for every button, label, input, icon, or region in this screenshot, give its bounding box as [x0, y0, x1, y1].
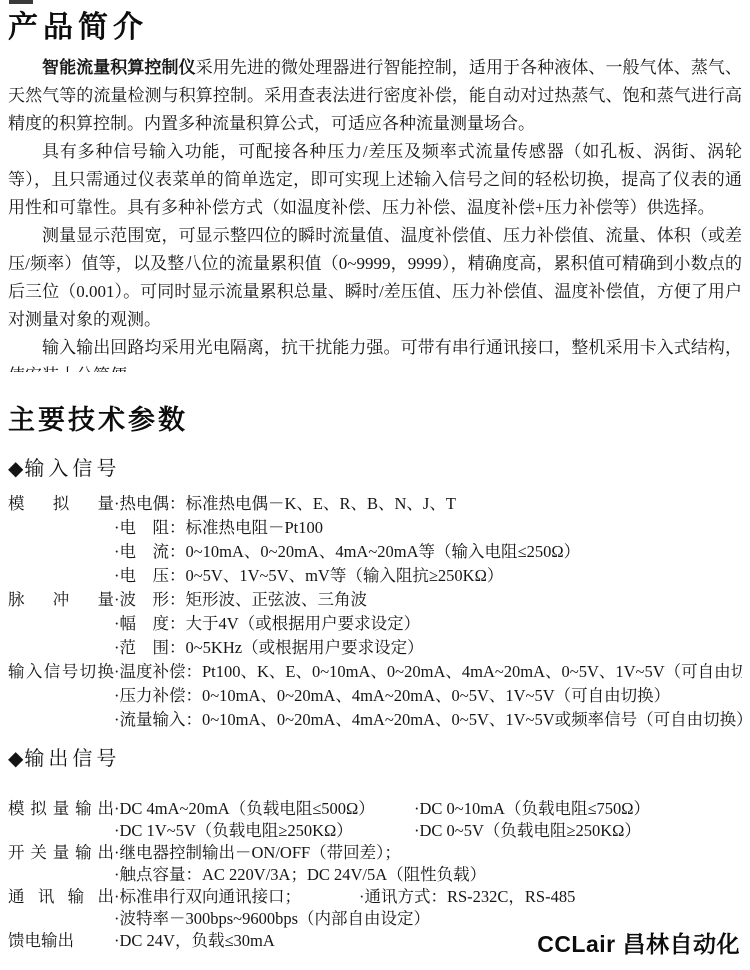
spec-item-resistance: ·电 阻：标准热电阻－Pt100	[114, 516, 742, 540]
intro-title: 产品简介	[8, 8, 742, 48]
intro-paragraph-2: 具有多种信号输入功能，可配接各种压力/差压及频率式流量传感器（如孔板、涡街、涡轮…	[8, 138, 742, 222]
spec-item-dc-1-5v: ·DC 1V~5V（负载电阻≥250KΩ）	[114, 820, 414, 842]
output-signal-heading-text: 输出信号	[24, 748, 120, 770]
spec-item-amplitude: ·幅 度：大于4V（或根据用户要求设定）	[114, 612, 742, 636]
spec-label-analog-output: 模拟量输出	[8, 798, 114, 820]
spec-item-current: ·电 流：0~10mA、0~20mA、4mA~20mA等（输入电阻≤250Ω）	[114, 540, 742, 564]
intro-paragraphs: 智能流量积算控制仪采用先进的微处理器进行智能控制，适用于各种液体、一般气体、蒸气…	[8, 54, 742, 372]
page-corner-mark	[9, 0, 33, 4]
spec-group-signal-switching: 输入信号切换 ·温度补偿：Pt100、K、E、0~10mA、0~20mA、4mA…	[8, 660, 742, 732]
spec-item-serial-interface: ·标准串行双向通讯接口；	[114, 886, 359, 908]
spec-group-analog-output: 模拟量输出 ·DC 4mA~20mA（负载电阻≤500Ω） ·DC 0~10mA…	[8, 798, 742, 842]
spec-item-waveform: ·波 形：矩形波、正弦波、三角波	[114, 588, 742, 612]
input-signal-table: 模拟量 ·热电偶：标准热电偶－K、E、R、B、N、J、T ·电 阻：标准热电阻－…	[8, 492, 742, 732]
spec-label-comm-output: 通讯输出	[8, 886, 114, 908]
spec-label-analog: 模拟量	[8, 492, 114, 516]
spec-group-pulse-input: 脉冲量 ·波 形：矩形波、正弦波、三角波 ·幅 度：大于4V（或根据用户要求设定…	[8, 588, 742, 660]
spec-item-voltage: ·电 压：0~5V、1V~5V、mV等（输入阻抗≥250KΩ）	[114, 564, 742, 588]
spec-item-pressure-compensation: ·压力补偿：0~10mA、0~20mA、4mA~20mA、0~5V、1V~5V（…	[114, 684, 742, 708]
document-page: 产品简介 智能流量积算控制仪采用先进的微处理器进行智能控制，适用于各种液体、一般…	[0, 0, 750, 970]
spec-item-flow-input: ·流量输入：0~10mA、0~20mA、4mA~20mA、0~5V、1V~5V或…	[114, 708, 742, 732]
spec-item-relay-control: ·继电器控制输出－ON/OFF（带回差）；	[114, 842, 742, 864]
diamond-bullet-icon: ◆	[8, 748, 24, 770]
output-signal-heading: ◆输出信号	[8, 746, 742, 772]
spec-item-contact-capacity: ·触点容量：AC 220V/3A；DC 24V/5A（阻性负载）	[114, 864, 742, 886]
spec-item-dc-4-20ma: ·DC 4mA~20mA（负载电阻≤500Ω）	[114, 798, 414, 820]
specs-title: 主要技术参数	[8, 402, 742, 438]
intro-paragraph-4: 输入输出回路均采用光电隔离，抗干扰能力强。可带有串行通讯接口，整机采用卡入式结构…	[8, 334, 742, 372]
spec-item-dc-0-5v: ·DC 0~5V（负载电阻≥250KΩ）	[414, 820, 641, 842]
spec-group-comm-output: 通讯输出 ·标准串行双向通讯接口； ·通讯方式：RS-232C，RS-485 ·…	[8, 886, 742, 930]
input-signal-heading: ◆输入信号	[8, 456, 742, 482]
spec-item-dc-0-10ma: ·DC 0~10mA（负载电阻≤750Ω）	[414, 798, 650, 820]
spec-label-power-output: 馈电输出	[8, 930, 114, 952]
spec-item-temp-compensation: ·温度补偿：Pt100、K、E、0~10mA、0~20mA、4mA~20mA、0…	[114, 660, 742, 684]
input-signal-heading-text: 输入信号	[24, 458, 120, 480]
intro-paragraph-3: 测量显示范围宽，可显示整四位的瞬时流量值、温度补偿值、压力补偿值、流量、体积（或…	[8, 222, 742, 334]
spec-label-switching: 输入信号切换	[8, 660, 114, 684]
intro-paragraph-1: 智能流量积算控制仪采用先进的微处理器进行智能控制，适用于各种液体、一般气体、蒸气…	[8, 54, 742, 138]
spec-item-baud-rate: ·波特率－300bps~9600bps（内部自由设定）	[114, 908, 742, 930]
spec-group-analog-input: 模拟量 ·热电偶：标准热电偶－K、E、R、B、N、J、T ·电 阻：标准热电阻－…	[8, 492, 742, 588]
spec-label-relay-output: 开关量输出	[8, 842, 114, 864]
brand-logo: CCLair 昌林自动化	[537, 929, 740, 959]
spec-item-comm-mode: ·通讯方式：RS-232C，RS-485	[359, 886, 575, 908]
diamond-bullet-icon: ◆	[8, 458, 24, 480]
spec-item-range: ·范 围：0~5KHz（或根据用户要求设定）	[114, 636, 742, 660]
spec-item-thermocouple: ·热电偶：标准热电偶－K、E、R、B、N、J、T	[114, 492, 742, 516]
spec-label-pulse: 脉冲量	[8, 588, 114, 612]
spec-group-relay-output: 开关量输出 ·继电器控制输出－ON/OFF（带回差）； ·触点容量：AC 220…	[8, 842, 742, 886]
product-name-lead: 智能流量积算控制仪	[42, 58, 196, 77]
